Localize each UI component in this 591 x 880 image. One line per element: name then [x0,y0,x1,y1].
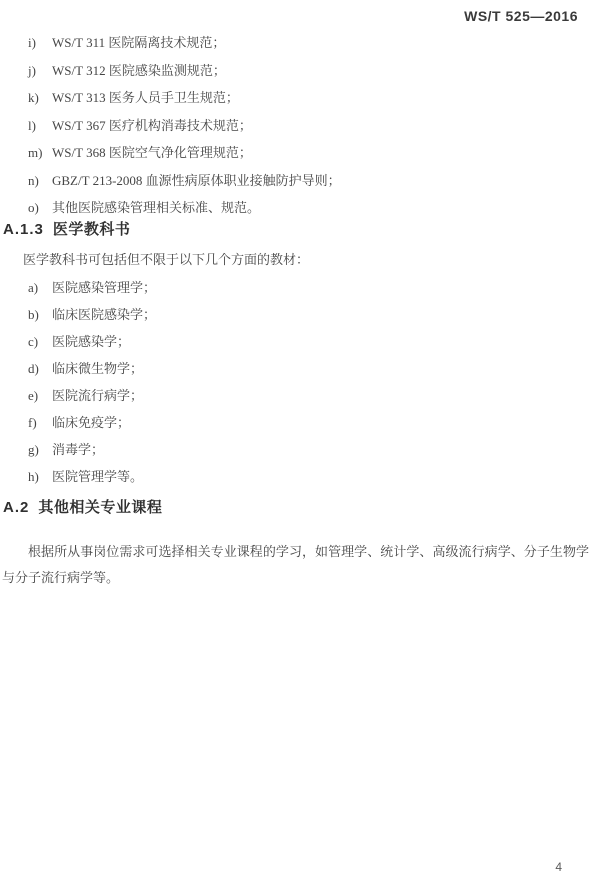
list-item-letter: n) [28,174,52,188]
list-item: i) WS/T 311 医院隔离技术规范； [0,36,591,50]
list-item: g) 消毒学； [0,443,591,457]
list-item: l) WS/T 367 医疗机构消毒技术规范； [0,119,591,133]
list-item: d) 临床微生物学； [0,362,591,376]
list-item-text: 临床医院感染学； [52,308,156,322]
list-item-text: WS/T 368 医院空气净化管理规范； [52,146,252,160]
list-item-text: WS/T 313 医务人员手卫生规范； [52,91,239,105]
section-heading-a2: A.2其他相关专业课程 [3,500,591,516]
section-title: 其他相关专业课程 [38,499,162,516]
list-item: a) 医院感染管理学； [0,281,591,295]
list-item: f) 临床免疫学； [0,416,591,430]
list-item-letter: a) [28,281,52,295]
standards-list: i) WS/T 311 医院隔离技术规范； j) WS/T 312 医院感染监测… [0,36,591,215]
document-page: WS/T 525—2016 i) WS/T 311 医院隔离技术规范； j) W… [0,0,591,880]
list-item: h) 医院管理学等。 [0,470,591,484]
list-item-letter: l) [28,119,52,133]
page-number: 4 [555,860,562,874]
list-item: e) 医院流行病学； [0,389,591,403]
list-item-letter: e) [28,389,52,403]
list-item-letter: b) [28,308,52,322]
list-item: n) GBZ/T 213-2008 血源性病原体职业接触防护导则； [0,174,591,188]
list-item-letter: m) [28,146,52,160]
list-item-text: WS/T 312 医院感染监测规范； [52,64,226,78]
section-a2-body: 根据所从事岗位需求可选择相关专业课程的学习，如管理学、统计学、高级流行病学、分子… [2,539,589,591]
list-item: c) 医院感染学； [0,335,591,349]
list-item-letter: j) [28,64,52,78]
list-item-text: 其他医院感染管理相关标准、规范。 [52,201,260,215]
list-item-letter: i) [28,36,52,50]
list-item: b) 临床医院感染学； [0,308,591,322]
list-item-letter: g) [28,443,52,457]
list-item-text: WS/T 311 医院隔离技术规范； [52,36,225,50]
list-item-text: GBZ/T 213-2008 血源性病原体职业接触防护导则； [52,174,341,188]
page-content: i) WS/T 311 医院隔离技术规范； j) WS/T 312 医院感染监测… [0,36,591,591]
list-item-letter: h) [28,470,52,484]
list-item-text: 医院管理学等。 [52,470,143,484]
list-item-letter: k) [28,91,52,105]
list-item-letter: f) [28,416,52,430]
list-item: k) WS/T 313 医务人员手卫生规范； [0,91,591,105]
textbook-list: a) 医院感染管理学； b) 临床医院感染学； c) 医院感染学； d) 临床微… [0,281,591,484]
list-item-text: WS/T 367 医疗机构消毒技术规范； [52,119,252,133]
list-item: m) WS/T 368 医院空气净化管理规范； [0,146,591,160]
section-title: 医学教科书 [53,221,131,238]
section-heading-a13: A.1.3医学教科书 [3,222,591,238]
list-item-text: 医院感染管理学； [52,281,156,295]
list-item-text: 临床免疫学； [52,416,130,430]
list-item-text: 消毒学； [52,443,104,457]
section-number: A.1.3 [3,221,44,238]
section-a13-intro: 医学教科书可包括但不限于以下几个方面的教材： [23,253,591,267]
list-item-text: 临床微生物学； [52,362,143,376]
list-item-text: 医院流行病学； [52,389,143,403]
list-item-letter: c) [28,335,52,349]
list-item-text: 医院感染学； [52,335,130,349]
section-number: A.2 [3,499,29,516]
list-item: j) WS/T 312 医院感染监测规范； [0,64,591,78]
list-item-letter: d) [28,362,52,376]
list-item-letter: o) [28,201,52,215]
list-item: o) 其他医院感染管理相关标准、规范。 [0,201,591,215]
doc-code: WS/T 525—2016 [464,8,578,24]
